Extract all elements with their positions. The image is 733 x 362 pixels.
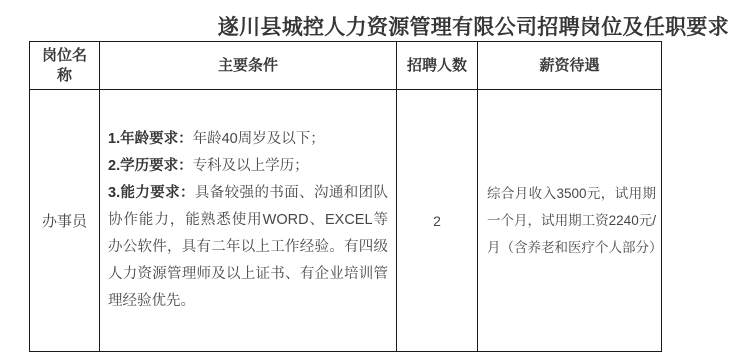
headcount-cell: 2: [397, 90, 478, 352]
salary-cell: 综合月收入3500元，试用期一个月，试用期工资2240元/月（含养老和医疗个人部…: [478, 90, 662, 352]
position-name-cell: 办事员: [30, 90, 100, 352]
condition-age-label: 1.年龄要求：: [108, 131, 193, 147]
table-header-row: 岗位名称 主要条件 招聘人数 薪资待遇: [30, 42, 662, 90]
condition-age: 1.年龄要求：年龄40周岁及以下；: [108, 126, 388, 153]
main-conditions-cell: 1.年龄要求：年龄40周岁及以下； 2.学历要求：专科及以上学历； 3.能力要求…: [100, 90, 397, 352]
col-header-salary: 薪资待遇: [478, 42, 662, 90]
condition-education-text: 专科及以上学历；: [193, 158, 309, 174]
condition-ability: 3.能力要求：具备较强的书面、沟通和团队协作能力，能熟悉使用WORD、EXCEL…: [108, 180, 388, 315]
condition-education: 2.学历要求：专科及以上学历；: [108, 153, 388, 180]
table-row: 办事员 1.年龄要求：年龄40周岁及以下； 2.学历要求：专科及以上学历； 3.…: [30, 90, 662, 352]
col-header-headcount: 招聘人数: [397, 42, 478, 90]
recruitment-notice-page: 遂川县城控人力资源管理有限公司招聘岗位及任职要求 岗位名称 主要条件 招聘人数 …: [0, 0, 733, 362]
condition-ability-label: 3.能力要求：: [108, 185, 195, 201]
condition-education-label: 2.学历要求：: [108, 158, 193, 174]
col-header-main-conditions: 主要条件: [100, 42, 397, 90]
recruitment-table: 岗位名称 主要条件 招聘人数 薪资待遇 办事员 1.年龄要求：年龄40周岁及以下…: [29, 41, 662, 352]
page-title: 遂川县城控人力资源管理有限公司招聘岗位及任职要求: [0, 11, 729, 41]
condition-age-text: 年龄40周岁及以下；: [193, 131, 325, 147]
col-header-position-name: 岗位名称: [30, 42, 100, 90]
condition-ability-text: 具备较强的书面、沟通和团队协作能力，能熟悉使用WORD、EXCEL等办公软件，具…: [108, 185, 388, 309]
